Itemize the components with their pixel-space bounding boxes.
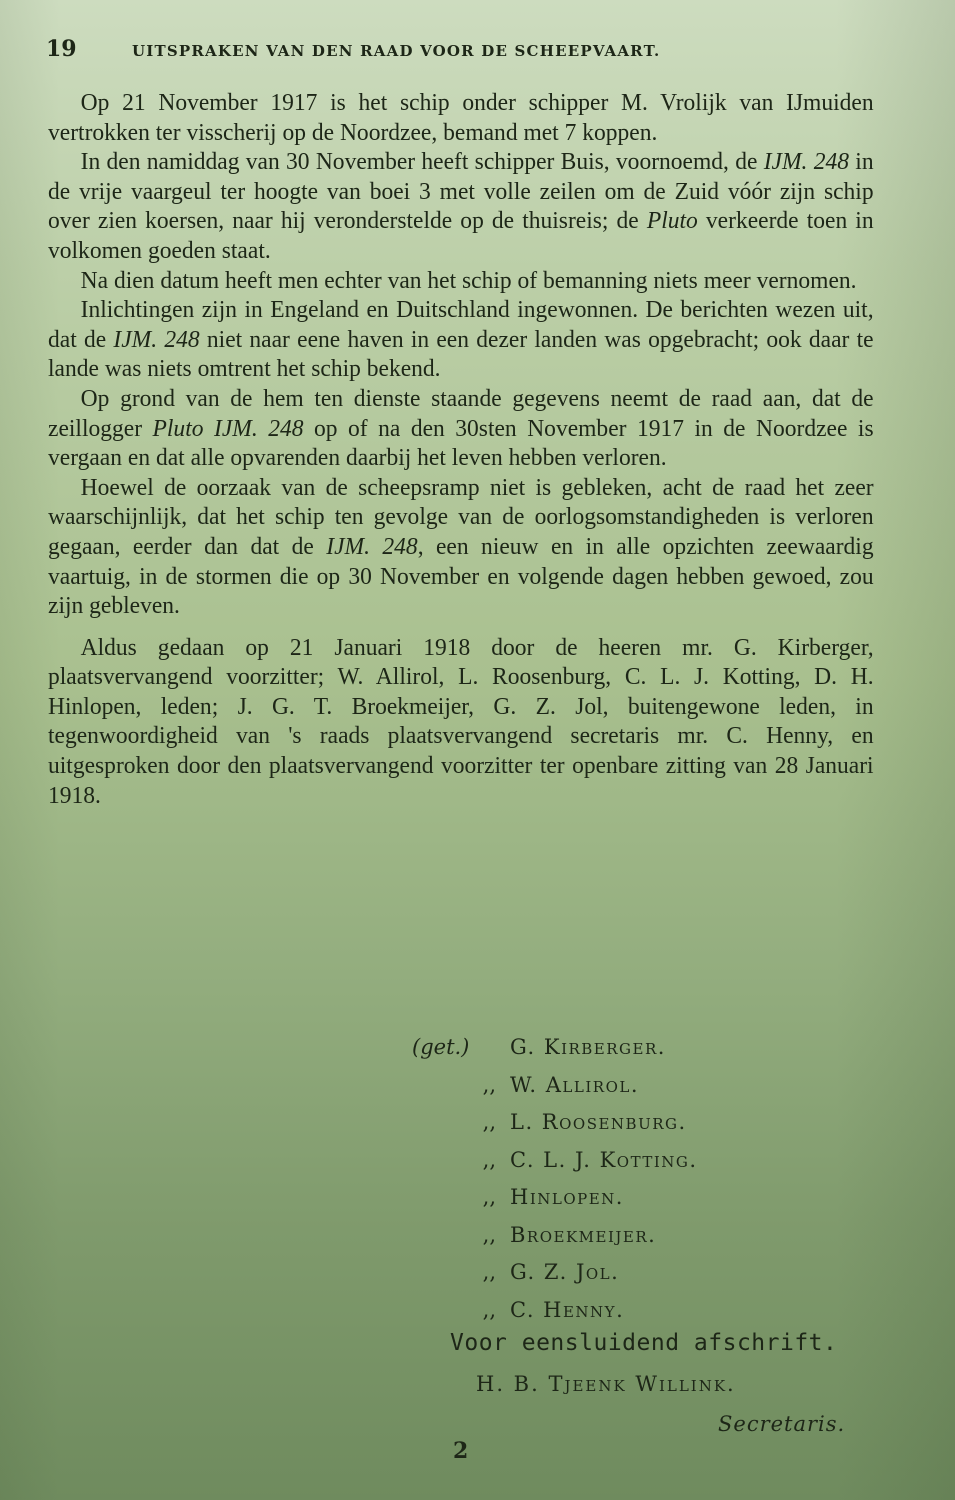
signatory-name: L. Roosenburg. xyxy=(510,1110,687,1134)
signature-row: ,, G. Z. Jol. xyxy=(410,1260,930,1298)
signature-row: ,, C. L. J. Kotting. xyxy=(410,1148,930,1186)
signature-row: ,, Broekmeijer. xyxy=(410,1223,930,1261)
running-title: UITSPRAKEN VAN DEN RAAD VOOR DE SCHEEPVA… xyxy=(132,42,660,60)
paragraph-departure: Op 21 November 1917 is het schip onder s… xyxy=(48,88,874,147)
ditto-mark: ,, xyxy=(410,1073,510,1097)
signatory-name: G. Kirberger. xyxy=(510,1035,666,1059)
running-header: 19 UITSPRAKEN VAN DEN RAAD VOOR DE SCHEE… xyxy=(46,36,915,62)
paragraph-sighting: In den namiddag van 30 November heeft sc… xyxy=(48,147,874,265)
paragraph-inquiries: Inlichtingen zijn in Engeland en Duitsch… xyxy=(48,295,874,384)
copyist-name: H. B. Tjeenk Willink. xyxy=(476,1372,736,1396)
ship-registration: IJM. 248 xyxy=(326,533,417,560)
ditto-mark: ,, xyxy=(410,1223,510,1247)
paragraph-verdict-record: Aldus gedaan op 21 Januari 1918 door de … xyxy=(48,633,874,811)
attestation-line: Voor eensluidend afschrift. xyxy=(450,1330,837,1356)
ditto-mark: ,, xyxy=(410,1110,510,1134)
printer-signature-mark: 2 xyxy=(453,1438,468,1464)
document-body: Op 21 November 1917 is het schip onder s… xyxy=(48,88,874,810)
signature-list: (get.) G. Kirberger. ,, W. Allirol. ,, L… xyxy=(410,1035,930,1335)
page-number: 19 xyxy=(46,36,132,62)
ship-registration: IJM. 248 xyxy=(113,326,199,353)
ditto-mark: ,, xyxy=(410,1298,510,1322)
signatory-name: G. Z. Jol. xyxy=(510,1260,619,1284)
signatory-name: Hinlopen. xyxy=(510,1185,624,1209)
signature-row: ,, Hinlopen. xyxy=(410,1185,930,1223)
signature-row: (get.) G. Kirberger. xyxy=(410,1035,930,1073)
signature-row: ,, L. Roosenburg. xyxy=(410,1110,930,1148)
signed-marker: (get.) xyxy=(410,1035,510,1059)
paragraph-no-news: Na dien datum heeft men echter van het s… xyxy=(48,266,874,296)
ditto-mark: ,, xyxy=(410,1185,510,1209)
ship-name-registration: Pluto IJM. 248 xyxy=(153,415,304,442)
ship-name: Pluto xyxy=(647,207,698,234)
ditto-mark: ,, xyxy=(410,1260,510,1284)
ditto-mark: ,, xyxy=(410,1148,510,1172)
signatory-name: C. L. J. Kotting. xyxy=(510,1148,698,1172)
signature-row: ,, W. Allirol. xyxy=(410,1073,930,1111)
paragraph-finding: Op grond van de hem ten dienste staande … xyxy=(48,384,874,473)
ship-registration: IJM. 248 xyxy=(764,148,849,175)
copyist-role: Secretaris. xyxy=(718,1412,845,1436)
signatory-name: C. Henny. xyxy=(510,1298,624,1322)
signatory-name: W. Allirol. xyxy=(510,1073,639,1097)
signatory-name: Broekmeijer. xyxy=(510,1223,656,1247)
paragraph-cause: Hoewel de oorzaak van de scheepsramp nie… xyxy=(48,473,874,621)
